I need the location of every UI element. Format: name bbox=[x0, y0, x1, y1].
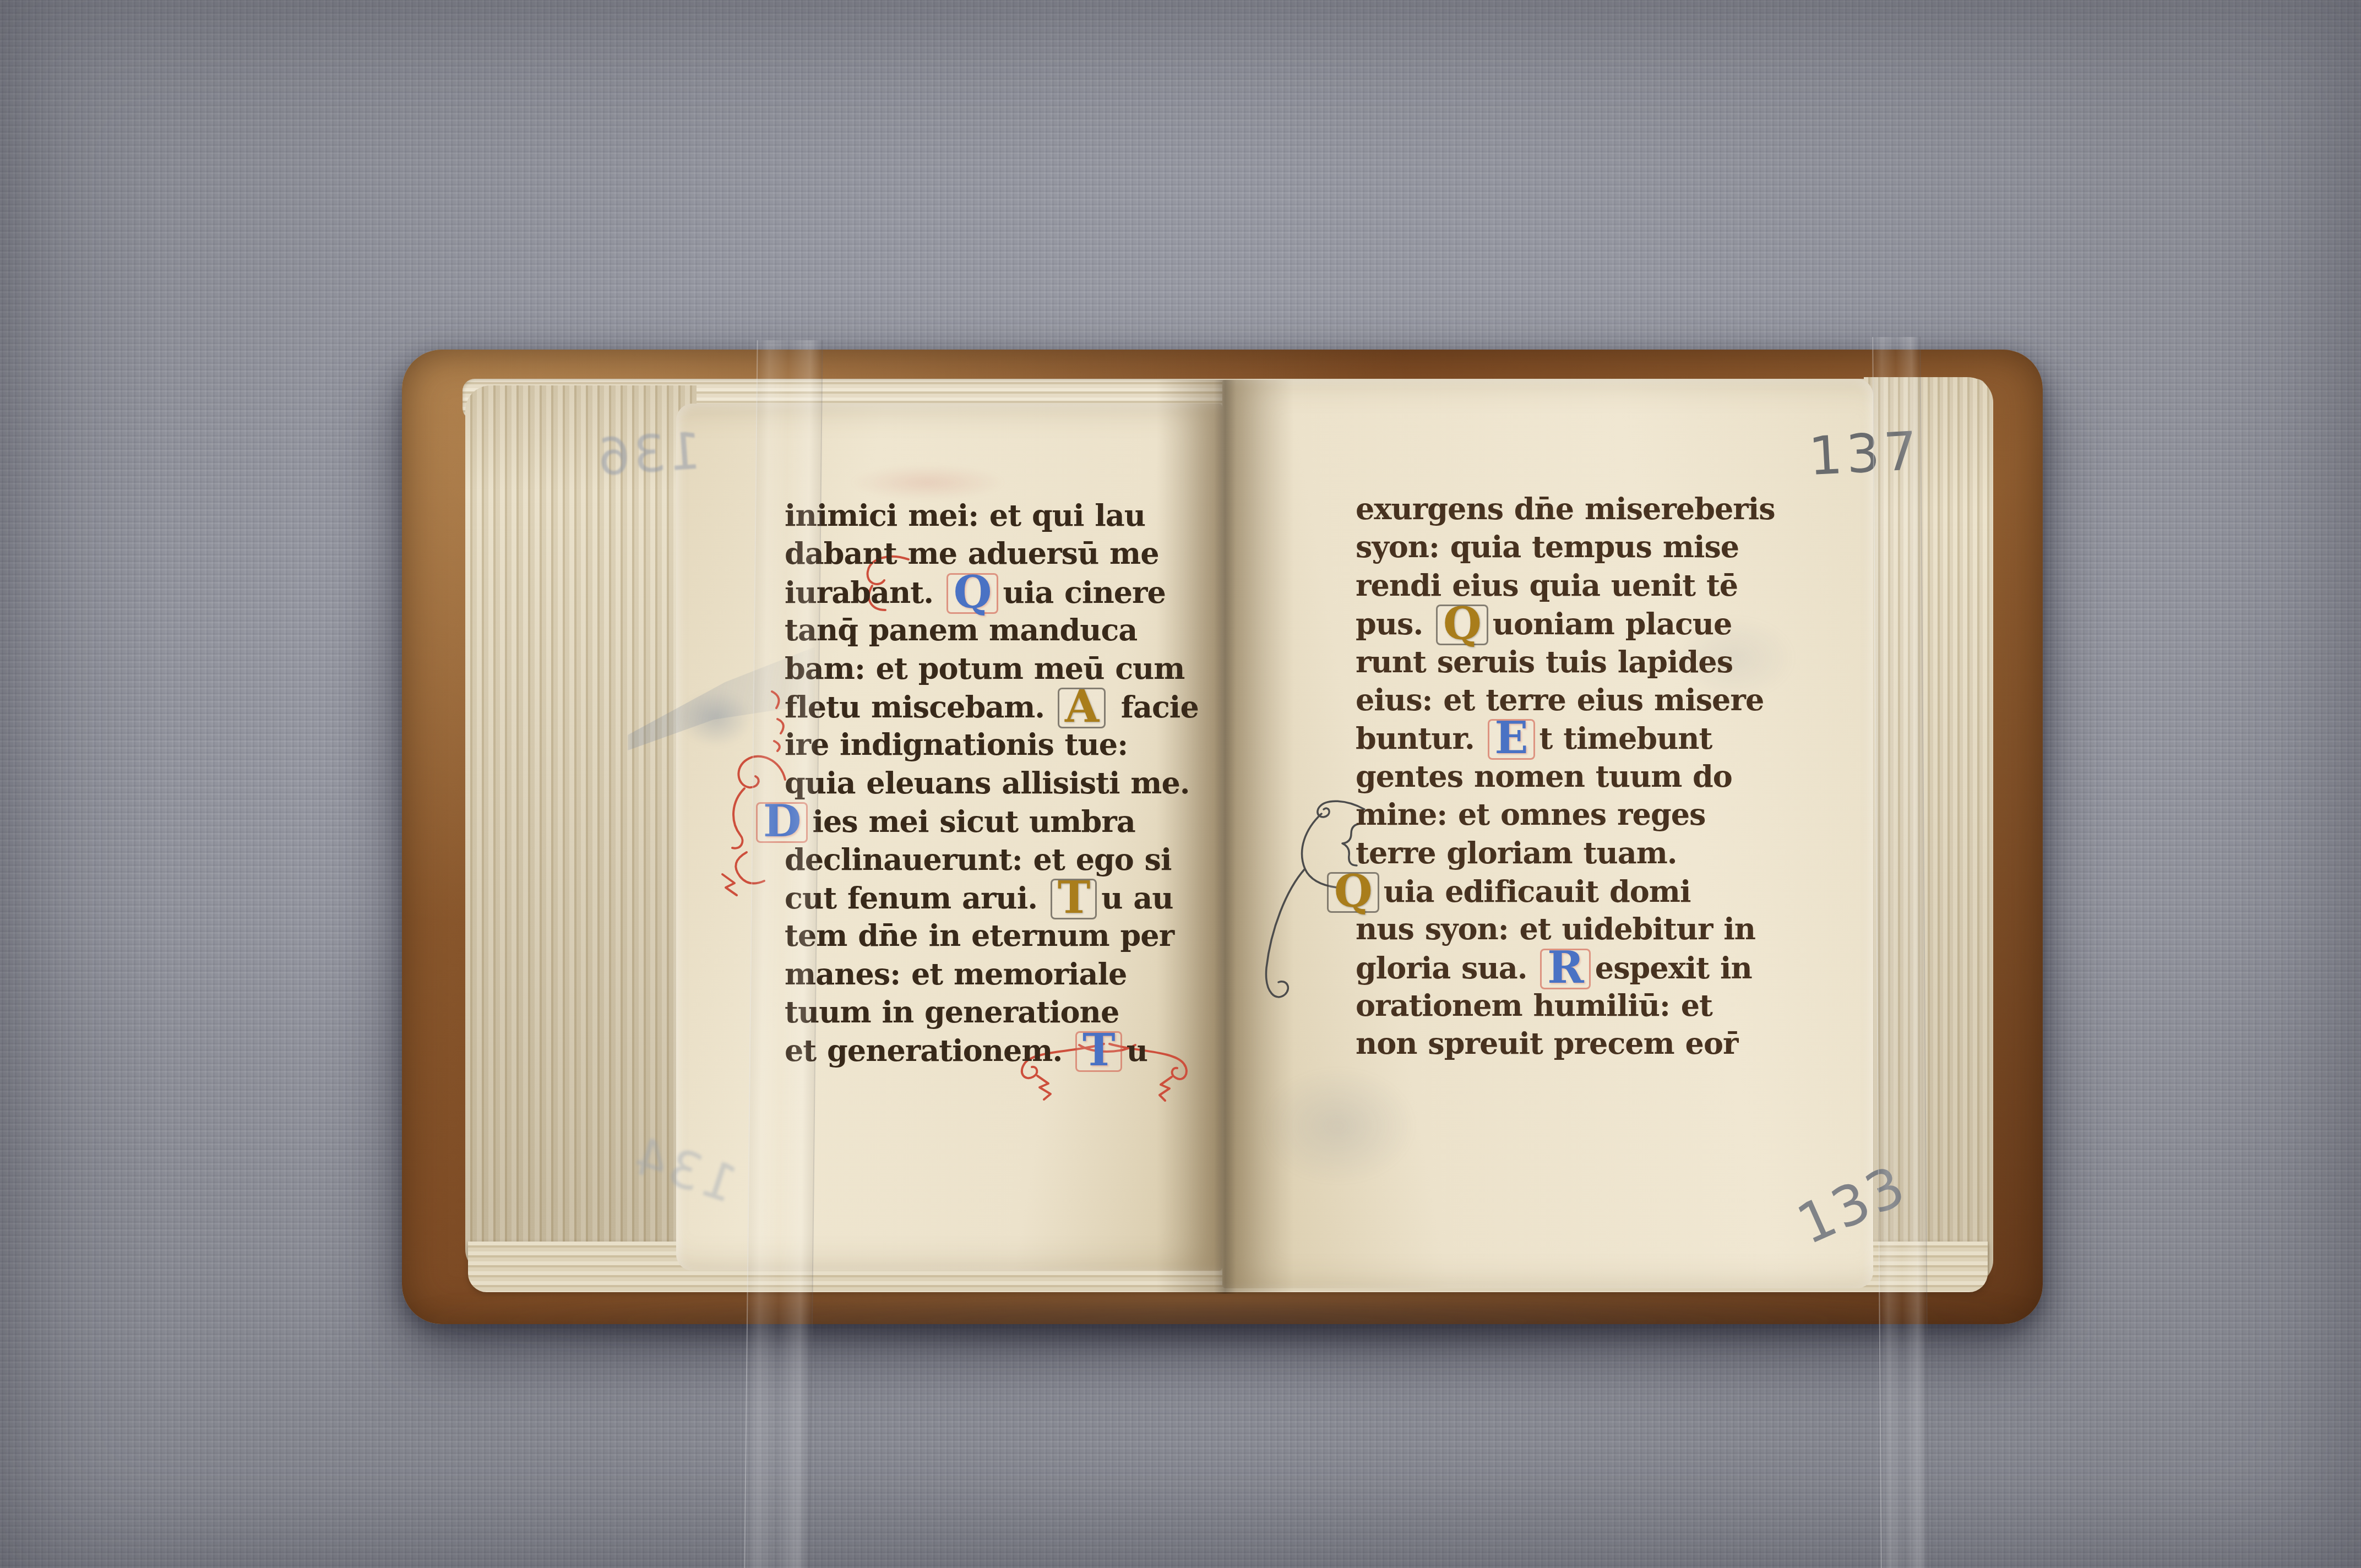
manuscript-text-line: non spreuit precem eor̄ bbox=[1356, 1025, 1754, 1063]
manuscript-text-line: cut fenum arui. Tu au bbox=[785, 879, 1170, 917]
text-run: cut fenum arui. bbox=[785, 880, 1048, 916]
manuscript-text-line: runt seruis tuis lapides bbox=[1356, 643, 1754, 681]
illuminated-initial-T: T bbox=[1051, 879, 1097, 919]
right-fore-edge-pages bbox=[1864, 377, 1993, 1286]
manuscript-text-line: et generationem. Tu bbox=[785, 1031, 1170, 1069]
manuscript-text-line: bam: et potum meū cum bbox=[785, 650, 1170, 688]
text-run: uoniam placue bbox=[1493, 606, 1732, 641]
text-run: espexit in bbox=[1595, 950, 1752, 986]
manuscript-text-line: eius: et terre eius misere bbox=[1356, 681, 1754, 719]
text-run: terre gloriam tuam. bbox=[1356, 835, 1677, 870]
manuscript-text-line: exurgens dn̄e misereberis bbox=[1356, 490, 1754, 528]
manuscript-text-line: tem dn̄e in eternum per bbox=[785, 917, 1170, 955]
illuminated-initial-E: E bbox=[1488, 719, 1535, 760]
text-run: inimici mei: et qui lau bbox=[785, 498, 1145, 533]
text-run: uia edificauit domi bbox=[1384, 874, 1691, 909]
illuminated-initial-R: R bbox=[1540, 949, 1590, 989]
text-run: et generationem. bbox=[785, 1033, 1073, 1068]
manuscript-text-line: buntur. Et timebunt bbox=[1356, 719, 1754, 757]
text-run: bam: et potum meū cum bbox=[785, 651, 1184, 686]
text-run: gentes nomen tuum do bbox=[1356, 759, 1732, 794]
manuscript-text-line: rendi eius quia uenit tē bbox=[1356, 567, 1754, 605]
manuscript-text-line: syon: quia tempus mise bbox=[1356, 528, 1754, 566]
text-run: declinauerunt: et ego si bbox=[785, 842, 1171, 877]
text-run: buntur. bbox=[1356, 721, 1486, 756]
manuscript-text-line: quia eleuans allisisti me. bbox=[785, 764, 1170, 802]
illuminated-initial-T: T bbox=[1075, 1031, 1122, 1072]
manuscript-text-line: Quia edificauit domi bbox=[1356, 872, 1754, 910]
text-run: orationem humiliū: et bbox=[1356, 988, 1712, 1023]
text-run: tuum in generatione bbox=[785, 994, 1119, 1030]
text-run: uia cinere bbox=[1003, 575, 1165, 610]
text-run: eius: et terre eius misere bbox=[1356, 682, 1764, 717]
text-run: ire indignationis tue: bbox=[785, 727, 1128, 762]
text-run: iurabant. bbox=[785, 575, 944, 610]
illuminated-initial-D: D bbox=[756, 802, 808, 843]
illuminated-initial-Q: Q bbox=[1436, 605, 1488, 645]
text-run: runt seruis tuis lapides bbox=[1356, 644, 1733, 679]
manuscript-text-line: terre gloriam tuam. bbox=[1356, 834, 1754, 872]
manuscript-text-line: ire indignationis tue: bbox=[785, 726, 1170, 764]
manuscript-text-line: orationem humiliū: et bbox=[1356, 987, 1754, 1025]
illuminated-initial-A: A bbox=[1058, 688, 1106, 728]
text-run: ies mei sicut umbra bbox=[812, 804, 1135, 839]
text-run: mine: et omnes reges bbox=[1356, 797, 1705, 832]
manuscript-text-line: mine: et omnes reges bbox=[1356, 796, 1754, 834]
text-run: quia eleuans allisisti me. bbox=[785, 765, 1190, 801]
text-run: non spreuit precem eor̄ bbox=[1356, 1026, 1738, 1061]
right-page-text: exurgens dn̄e misereberissyon: quia temp… bbox=[1356, 490, 1754, 1063]
text-run: t timebunt bbox=[1539, 721, 1712, 756]
illuminated-initial-Q: Q bbox=[1327, 872, 1379, 913]
text-run: exurgens dn̄e misereberis bbox=[1356, 491, 1775, 526]
text-run: syon: quia tempus mise bbox=[1356, 529, 1739, 564]
photo-of-open-manuscript: inimici mei: et qui laudabant me aduersū… bbox=[0, 0, 2361, 1568]
text-run: u bbox=[1127, 1033, 1147, 1068]
text-run: tem dn̄e in eternum per bbox=[785, 918, 1174, 953]
text-run: rendi eius quia uenit tē bbox=[1356, 568, 1738, 603]
text-run: fletu miscebam. bbox=[785, 689, 1056, 725]
manuscript-text-line: Dies mei sicut umbra bbox=[785, 802, 1170, 840]
left-page-text: inimici mei: et qui laudabant me aduersū… bbox=[785, 497, 1170, 1070]
manuscript-text-line: inimici mei: et qui lau bbox=[785, 497, 1170, 535]
book-cast-shadow bbox=[385, 1286, 2070, 1357]
text-run: manes: et memoriale bbox=[785, 956, 1127, 992]
manuscript-text-line: tanq̄ panem manduca bbox=[785, 611, 1170, 649]
text-run: facie bbox=[1110, 689, 1199, 725]
manuscript-text-line: iurabant. Quia cinere bbox=[785, 573, 1170, 611]
text-run: gloria sua. bbox=[1356, 950, 1538, 986]
illuminated-initial-Q: Q bbox=[946, 573, 999, 614]
manuscript-text-line: pus. Quoniam placue bbox=[1356, 605, 1754, 643]
show-through-folio-number-top-left: 136 bbox=[593, 421, 704, 487]
manuscript-text-line: gloria sua. Respexit in bbox=[1356, 949, 1754, 987]
text-run: pus. bbox=[1356, 606, 1434, 641]
text-run: u au bbox=[1101, 880, 1173, 916]
text-run: tanq̄ panem manduca bbox=[785, 612, 1137, 647]
manuscript-text-line: gentes nomen tuum do bbox=[1356, 758, 1754, 796]
manuscript-text-line: manes: et memoriale bbox=[785, 955, 1170, 993]
pencil-folio-number-top-right: 137 bbox=[1807, 420, 1923, 488]
manuscript-text-line: fletu miscebam. A facie bbox=[785, 688, 1170, 726]
manuscript-text-line: declinauerunt: et ego si bbox=[785, 841, 1170, 879]
